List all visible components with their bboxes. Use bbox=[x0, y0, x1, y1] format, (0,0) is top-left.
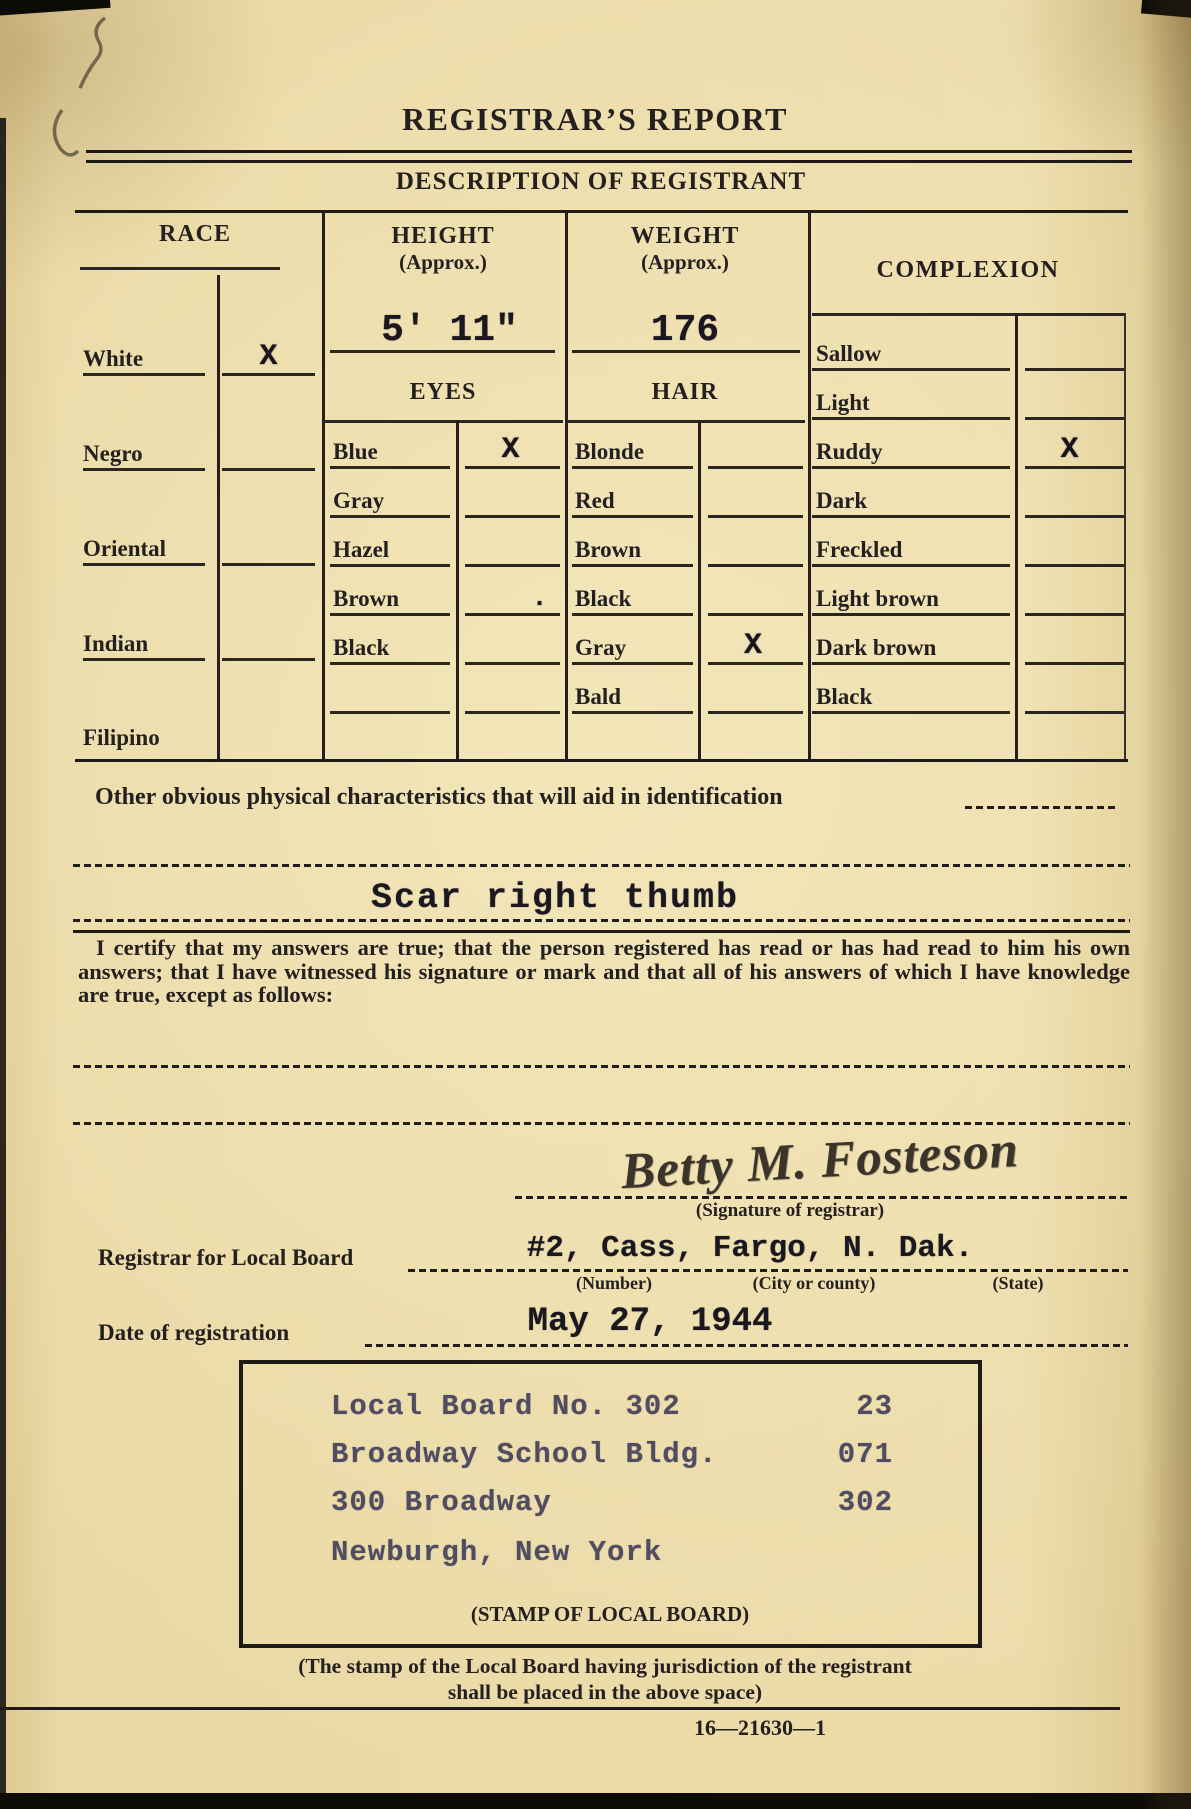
stamp-line-building: Broadway School Bldg. bbox=[331, 1438, 717, 1471]
hair-gray-mark: X bbox=[698, 629, 808, 663]
dashed-rule bbox=[73, 919, 1130, 922]
eyes-header-underline bbox=[325, 420, 563, 423]
stamp-num: 302 bbox=[798, 1486, 893, 1519]
section-title: DESCRIPTION OF REGISTRANT bbox=[301, 168, 901, 196]
sublabel-state: (State) bbox=[948, 1273, 1088, 1294]
underline bbox=[330, 466, 450, 469]
race-option-indian: Indian bbox=[83, 631, 148, 657]
underline bbox=[83, 373, 205, 376]
eyes-option-gray: Gray bbox=[333, 488, 384, 514]
underline bbox=[330, 564, 450, 567]
registrar-label: Registrar for Local Board bbox=[98, 1245, 353, 1271]
sublabel-number: (Number) bbox=[534, 1273, 694, 1294]
complexion-option-black: Black bbox=[816, 684, 872, 710]
complexion-option-light-brown: Light brown bbox=[816, 586, 939, 612]
form-number: 16—21630—1 bbox=[610, 1715, 910, 1741]
complexion-subdivider bbox=[1015, 313, 1018, 759]
date-label: Date of registration bbox=[98, 1320, 289, 1346]
underline bbox=[465, 515, 560, 518]
signature-line bbox=[515, 1196, 1128, 1199]
footer-rule bbox=[0, 1707, 1120, 1710]
stamp-note-line2: shall be placed in the above space) bbox=[195, 1680, 1015, 1705]
stamp-num: 071 bbox=[798, 1438, 893, 1471]
eyes-option-hazel: Hazel bbox=[333, 537, 389, 563]
registrar-value: #2, Cass, Fargo, N. Dak. bbox=[430, 1231, 1070, 1266]
underline bbox=[812, 564, 1010, 567]
weight-subheader: (Approx.) bbox=[585, 250, 785, 275]
registrar-signature: Betty M. Fosteson bbox=[504, 1114, 1136, 1207]
eyes-blue-mark: X bbox=[456, 433, 565, 467]
underline bbox=[330, 613, 450, 616]
underline bbox=[330, 711, 450, 714]
race-header: RACE bbox=[95, 221, 295, 248]
underline bbox=[222, 658, 315, 661]
other-characteristics-value: Scar right thumb bbox=[300, 878, 810, 918]
race-option-filipino: Filipino bbox=[83, 725, 160, 751]
scan-edge-left bbox=[0, 118, 6, 1809]
underline bbox=[708, 515, 803, 518]
underline bbox=[1025, 711, 1124, 714]
underline bbox=[83, 563, 205, 566]
registrars-report-document: REGISTRAR’S REPORT DESCRIPTION OF REGIST… bbox=[0, 0, 1191, 1809]
hair-option-black: Black bbox=[575, 586, 631, 612]
height-value-underline bbox=[330, 350, 555, 353]
eyes-option-black: Black bbox=[333, 635, 389, 661]
date-value: May 27, 1944 bbox=[470, 1303, 830, 1341]
height-value: 5' 11" bbox=[337, 309, 562, 352]
stamp-line-city: Newburgh, New York bbox=[331, 1536, 662, 1569]
race-option-negro: Negro bbox=[83, 441, 143, 467]
complexion-option-ruddy: Ruddy bbox=[816, 439, 882, 465]
column-divider bbox=[808, 213, 811, 759]
race-white-mark: X bbox=[222, 340, 315, 374]
hair-option-bald: Bald bbox=[575, 684, 621, 710]
underline bbox=[465, 662, 560, 665]
hair-option-gray: Gray bbox=[575, 635, 626, 661]
underline bbox=[708, 466, 803, 469]
eyes-option-brown: Brown bbox=[333, 586, 399, 612]
eyes-option-blue: Blue bbox=[333, 439, 378, 465]
underline bbox=[572, 515, 693, 518]
dashed-rule bbox=[73, 864, 1130, 867]
eyes-header: EYES bbox=[343, 379, 543, 406]
underline bbox=[708, 613, 803, 616]
column-divider bbox=[322, 213, 325, 759]
underline bbox=[1025, 662, 1124, 665]
underline bbox=[83, 468, 205, 471]
weight-header: WEIGHT bbox=[585, 223, 785, 250]
stamp-note-line1: (The stamp of the Local Board having jur… bbox=[195, 1654, 1015, 1679]
eyes-subdivider bbox=[456, 420, 459, 759]
solid-rule bbox=[73, 930, 1130, 933]
underline bbox=[812, 662, 1010, 665]
underline bbox=[1025, 515, 1124, 518]
complexion-ruddy-mark: X bbox=[1015, 433, 1124, 467]
height-subheader: (Approx.) bbox=[343, 250, 543, 275]
hair-option-red: Red bbox=[575, 488, 615, 514]
underline bbox=[572, 466, 693, 469]
table-right-border bbox=[1124, 313, 1126, 759]
sublabel-city-or-county: (City or county) bbox=[704, 1273, 924, 1294]
race-option-white: White bbox=[83, 346, 143, 372]
scan-edge-bottom bbox=[0, 1793, 1191, 1809]
complexion-header-underline bbox=[812, 313, 1124, 316]
stamp-line-street: 300 Broadway bbox=[331, 1486, 552, 1519]
underline bbox=[572, 711, 693, 714]
weight-value: 176 bbox=[575, 309, 795, 352]
underline bbox=[708, 564, 803, 567]
underline bbox=[465, 711, 560, 714]
height-header: HEIGHT bbox=[343, 223, 543, 250]
stamp-line-board: Local Board No. 302 bbox=[331, 1390, 681, 1423]
local-board-stamp-box: Local Board No. 302 23 Broadway School B… bbox=[239, 1360, 982, 1648]
page-edge-shadow bbox=[1140, 0, 1191, 1809]
complexion-option-dark-brown: Dark brown bbox=[816, 635, 936, 661]
underline bbox=[812, 417, 1010, 420]
page-title: REGISTRAR’S REPORT bbox=[295, 101, 895, 138]
underline bbox=[812, 515, 1010, 518]
signature-caption: (Signature of registrar) bbox=[640, 1200, 940, 1222]
date-line bbox=[365, 1344, 1128, 1347]
underline bbox=[1025, 368, 1124, 371]
complexion-option-dark: Dark bbox=[816, 488, 867, 514]
underline bbox=[812, 613, 1010, 616]
underline bbox=[708, 711, 803, 714]
race-option-oriental: Oriental bbox=[83, 536, 166, 562]
underline bbox=[222, 563, 315, 566]
hair-option-brown: Brown bbox=[575, 537, 641, 563]
underline bbox=[812, 466, 1010, 469]
stamp-caption: (STAMP OF LOCAL BOARD) bbox=[410, 1602, 810, 1627]
underline bbox=[1025, 613, 1124, 616]
underline bbox=[83, 658, 205, 661]
underline bbox=[812, 711, 1010, 714]
underline bbox=[572, 613, 693, 616]
complexion-option-freckled: Freckled bbox=[816, 537, 902, 563]
underline bbox=[465, 613, 560, 616]
complexion-header: COMPLEXION bbox=[868, 257, 1068, 284]
hair-subdivider bbox=[698, 420, 701, 759]
complexion-option-sallow: Sallow bbox=[816, 341, 881, 367]
hair-option-blonde: Blonde bbox=[575, 439, 644, 465]
fill-in-dashes bbox=[965, 806, 1118, 809]
other-characteristics-label: Other obvious physical characteristics t… bbox=[95, 784, 783, 811]
blank-answer-line bbox=[73, 1065, 1130, 1068]
stamp-num: 23 bbox=[798, 1390, 893, 1423]
race-header-underline bbox=[80, 267, 280, 270]
race-subdivider bbox=[217, 275, 220, 759]
double-rule-bottom bbox=[86, 160, 1132, 163]
underline bbox=[330, 515, 450, 518]
hair-header: HAIR bbox=[585, 379, 785, 406]
underline bbox=[572, 564, 693, 567]
underline bbox=[222, 468, 315, 471]
description-of-registrant-table: RACE White X Negro Oriental Indian Filip… bbox=[75, 210, 1128, 762]
underline bbox=[572, 662, 693, 665]
column-divider bbox=[565, 213, 568, 759]
weight-value-underline bbox=[572, 350, 800, 353]
registrar-line bbox=[408, 1269, 1128, 1272]
underline bbox=[1025, 417, 1124, 420]
underline bbox=[1025, 564, 1124, 567]
underline bbox=[330, 662, 450, 665]
certification-text: I certify that my answers are true; that… bbox=[78, 936, 1130, 1007]
complexion-option-light: Light bbox=[816, 390, 870, 416]
double-rule-top bbox=[86, 150, 1132, 153]
underline bbox=[812, 368, 1010, 371]
hair-header-underline bbox=[568, 420, 805, 423]
underline bbox=[465, 564, 560, 567]
